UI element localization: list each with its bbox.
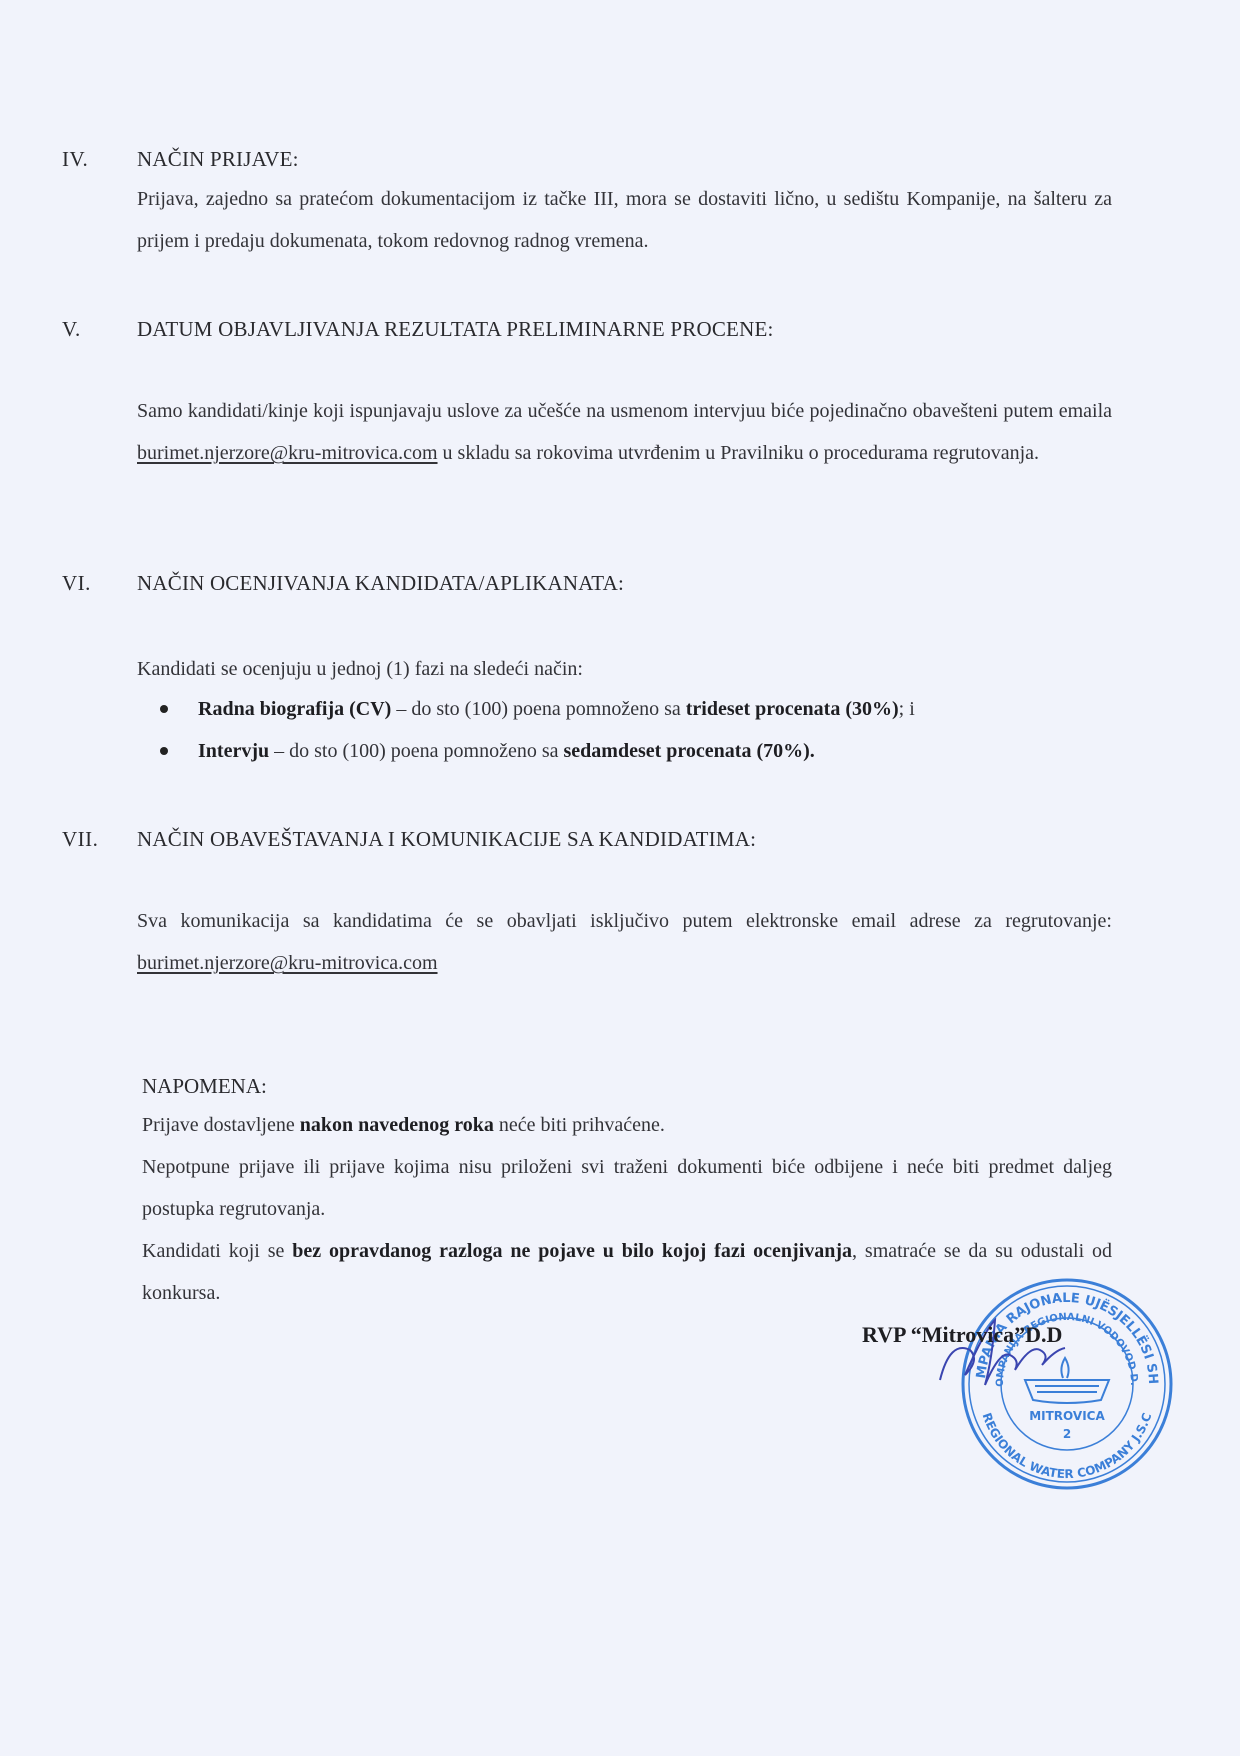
criterion-weight: trideset procenata (30%) <box>686 698 899 720</box>
section-vii-paragraph: Sva komunikacija sa kandidatima će se ob… <box>137 900 1112 984</box>
scoring-list: Radna biografija (CV) – do sto (100) poe… <box>160 688 915 772</box>
bullet-icon <box>160 747 168 755</box>
section-v-paragraph: Samo kandidati/kinje koji ispunjavaju us… <box>137 390 1112 474</box>
section-number: IV. <box>62 147 88 172</box>
stamp-city: MITROVICA <box>1029 1409 1105 1423</box>
note-emphasis: nakon navedenog roka <box>300 1114 494 1136</box>
section-title: DATUM OBJAVLJIVANJA REZULTATA PRELIMINAR… <box>137 317 774 342</box>
note-text: neće biti prihvaćene. <box>494 1114 665 1136</box>
note-text: Prijave dostavljene <box>142 1114 300 1136</box>
signature-label: RVP “Mitrovica”D.D <box>862 1322 1062 1348</box>
paragraph-text: Sva komunikacija sa kandidatima će se ob… <box>137 910 1112 932</box>
list-item: Radna biografija (CV) – do sto (100) poe… <box>160 688 915 730</box>
criterion-text: – do sto (100) poena pomnoženo sa <box>269 740 563 762</box>
section-iv-paragraph: Prijava, zajedno sa pratećom dokumentaci… <box>137 178 1112 262</box>
note-text: Kandidati koji se <box>142 1240 292 1262</box>
section-number: VI. <box>62 571 91 596</box>
signature-icon <box>930 1300 1070 1400</box>
document-page: IV. NAČIN PRIJAVE: Prijava, zajedno sa p… <box>0 0 1240 1756</box>
criterion-suffix: ; i <box>899 698 915 720</box>
section-title: NAČIN OBAVEŠTAVANJA I KOMUNIKACIJE SA KA… <box>137 827 756 852</box>
stamp-number: 2 <box>1063 1427 1071 1441</box>
paragraph-text: Samo kandidati/kinje koji ispunjavaju us… <box>137 400 1112 422</box>
note-title: NAPOMENA: <box>142 1074 267 1099</box>
note-emphasis: bez opravdanog razloga ne pojave u bilo … <box>292 1240 852 1262</box>
section-title: NAČIN OCENJIVANJA KANDIDATA/APLIKANATA: <box>137 571 624 596</box>
list-item: Intervju – do sto (100) poena pomnoženo … <box>160 730 915 772</box>
criterion-text: – do sto (100) poena pomnoženo sa <box>391 698 685 720</box>
section-number: VII. <box>62 827 98 852</box>
note-line-2: Nepotpune prijave ili prijave kojima nis… <box>142 1146 1112 1230</box>
criterion-name: Intervju <box>198 740 269 762</box>
criterion-name: Radna biografija (CV) <box>198 698 391 720</box>
email-link[interactable]: burimet.njerzore@kru-mitrovica.com <box>137 442 438 464</box>
section-title: NAČIN PRIJAVE: <box>137 147 299 172</box>
note-line-1: Prijave dostavljene nakon navedenog roka… <box>142 1104 1112 1146</box>
email-link[interactable]: burimet.njerzore@kru-mitrovica.com <box>137 952 438 974</box>
criterion-weight: sedamdeset procenata (70%). <box>564 740 815 762</box>
bullet-icon <box>160 705 168 713</box>
section-number: V. <box>62 317 81 342</box>
paragraph-text: u skladu sa rokovima utvrđenim u Praviln… <box>438 442 1040 464</box>
section-vi-intro: Kandidati se ocenjuju u jednoj (1) fazi … <box>137 648 1112 690</box>
